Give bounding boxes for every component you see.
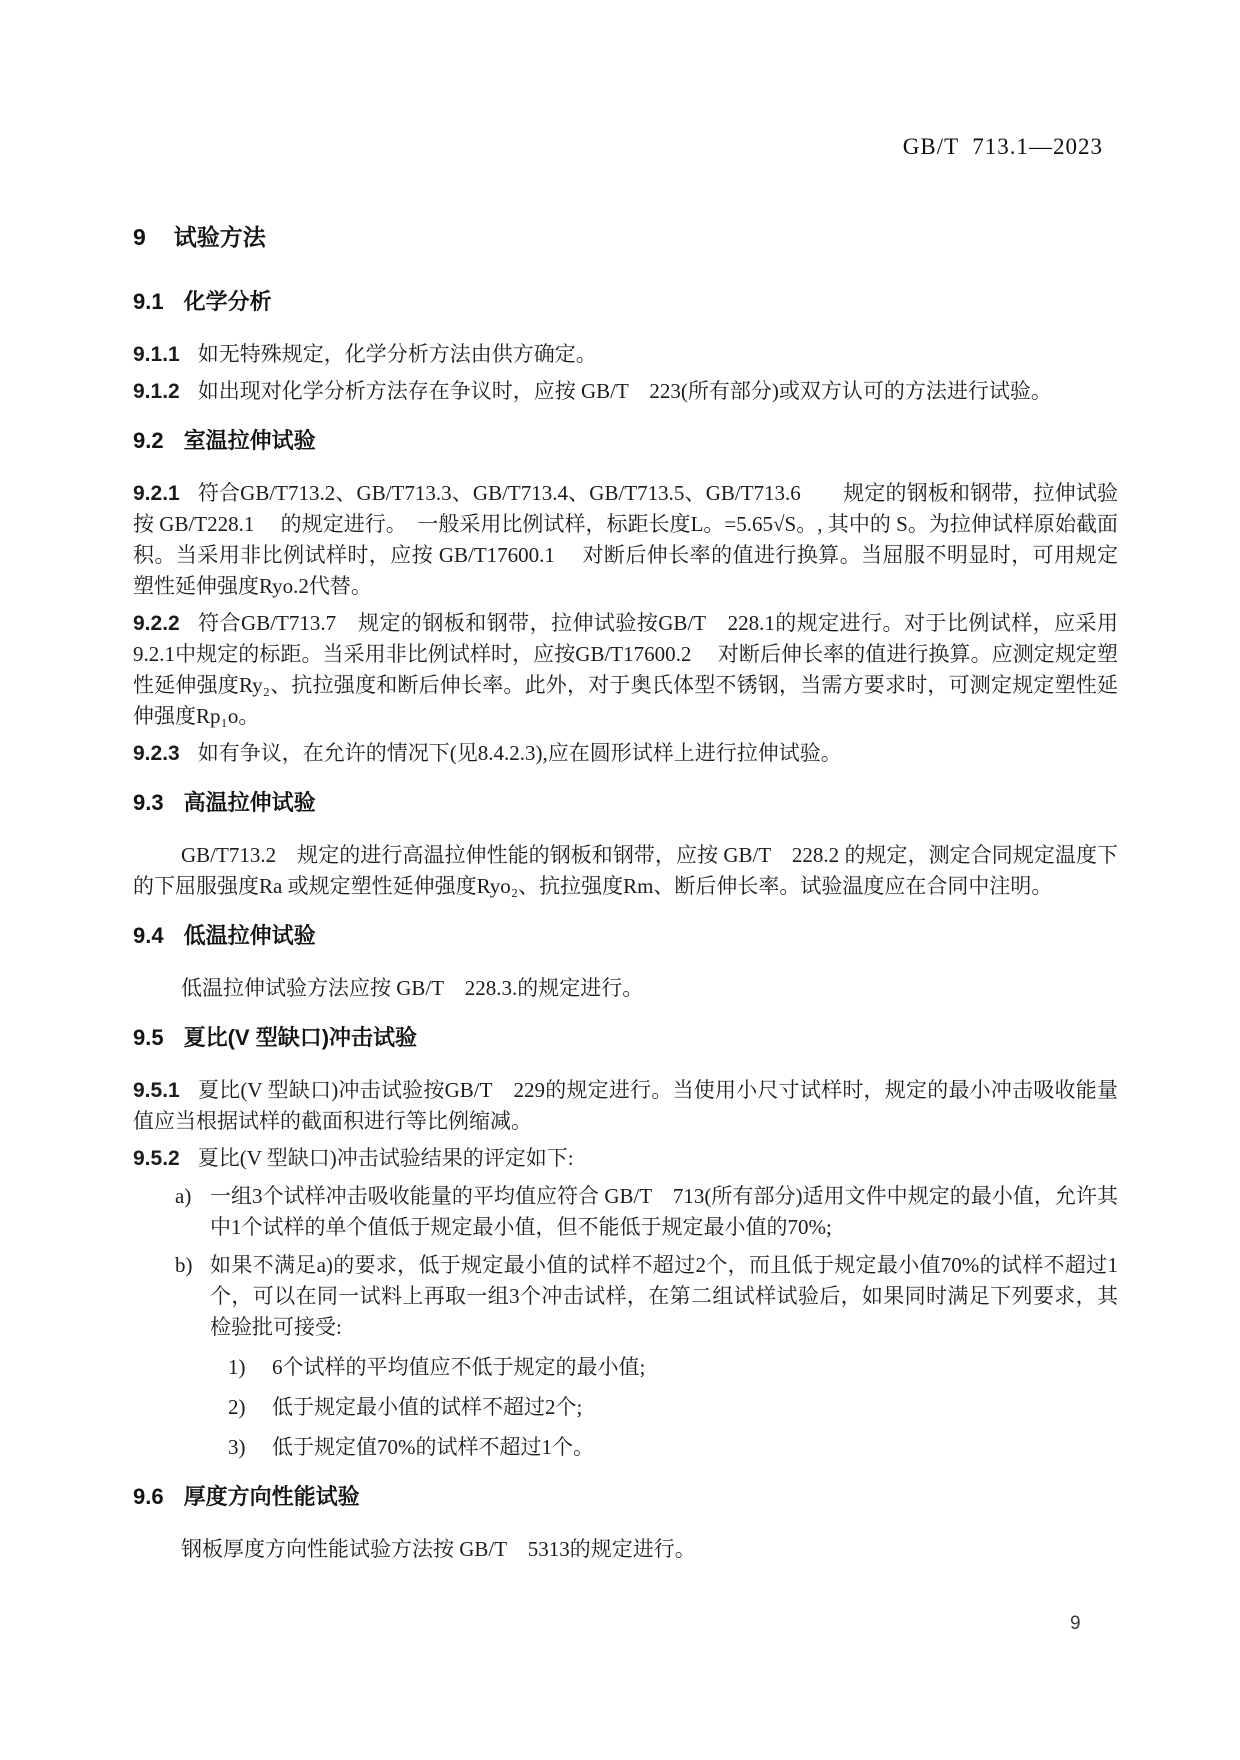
heading-number: 9.5 xyxy=(133,1024,164,1051)
doc-number: GB/T 713.1—2023 xyxy=(903,134,1103,160)
clause-number: 9.1.2 xyxy=(133,380,180,403)
sublist-item: 3)低于规定值70%的试样不超过1个。 xyxy=(133,1432,1118,1463)
clause-number: 9.5.2 xyxy=(133,1147,180,1170)
clause-paragraph: 9.2.1符合GB/T713.2、GB/T713.3、GB/T713.4、GB/… xyxy=(133,478,1118,602)
section-heading: 9.1化学分析 xyxy=(133,288,1118,315)
heading-title: 夏比(V 型缺口)冲击试验 xyxy=(184,1025,417,1050)
clause-paragraph: 9.5.1夏比(V 型缺口)冲击试验按GB/T 229的规定进行。当使用小尺寸试… xyxy=(133,1075,1118,1137)
section-heading: 9.5夏比(V 型缺口)冲击试验 xyxy=(133,1024,1118,1051)
heading-title: 化学分析 xyxy=(184,289,272,314)
heading-title: 高温拉伸试验 xyxy=(184,790,316,815)
heading-title: 厚度方向性能试验 xyxy=(184,1484,360,1509)
sublist-item: 1)6个试样的平均值应不低于规定的最小值; xyxy=(133,1352,1118,1383)
list-marker: a) xyxy=(175,1181,191,1212)
document-page: GB/T 713.1—2023 9试验方法9.1化学分析9.1.1如无特殊规定，… xyxy=(0,0,1240,1760)
list-marker: 3) xyxy=(228,1432,246,1463)
section-heading: 9.4低温拉伸试验 xyxy=(133,922,1118,949)
heading-number: 9.6 xyxy=(133,1483,164,1510)
heading-number: 9.3 xyxy=(133,789,164,816)
clause-paragraph: 9.2.2符合GB/T713.7 规定的钢板和钢带，拉伸试验按GB/T 228.… xyxy=(133,608,1118,732)
heading-title: 试验方法 xyxy=(174,224,266,250)
heading-number: 9.2 xyxy=(133,427,164,454)
paragraph-text: 低温拉伸试验方法应按 GB/T 228.3.的规定进行。 xyxy=(181,976,643,1000)
section-heading: 9.2室温拉伸试验 xyxy=(133,427,1118,454)
page-number: 9 xyxy=(1070,1613,1081,1635)
list-item: a)一组3个试样冲击吸收能量的平均值应符合 GB/T 713(所有部分)适用文件… xyxy=(133,1181,1118,1243)
clause-text: 如有争议，在允许的情况下(见8.4.2.3),应在圆形试样上进行拉伸试验。 xyxy=(198,741,842,765)
list-item-text: 低于规定值70%的试样不超过1个。 xyxy=(272,1435,594,1459)
list-item-text: 一组3个试样冲击吸收能量的平均值应符合 GB/T 713(所有部分)适用文件中规… xyxy=(210,1184,1118,1239)
list-item-text: 低于规定最小值的试样不超过2个; xyxy=(272,1395,582,1419)
heading-title: 室温拉伸试验 xyxy=(184,428,316,453)
list-item: b)如果不满足a)的要求，低于规定最小值的试样不超过2个，而且低于规定最小值70… xyxy=(133,1250,1118,1343)
clause-text: 夏比(V 型缺口)冲击试验结果的评定如下: xyxy=(198,1146,574,1170)
heading-number: 9.1 xyxy=(133,288,164,315)
clause-text: 夏比(V 型缺口)冲击试验按GB/T 229的规定进行。当使用小尺寸试样时，规定… xyxy=(133,1078,1118,1133)
clause-number: 9.2.2 xyxy=(133,612,180,635)
clause-text: 符合GB/T713.2、GB/T713.3、GB/T713.4、GB/T713.… xyxy=(133,481,1118,598)
list-marker: 1) xyxy=(228,1352,246,1383)
list-item-text: 如果不满足a)的要求，低于规定最小值的试样不超过2个，而且低于规定最小值70%的… xyxy=(210,1253,1118,1339)
clause-text: 如无特殊规定，化学分析方法由供方确定。 xyxy=(198,342,597,366)
clause-text: 符合GB/T713.7 规定的钢板和钢带，拉伸试验按GB/T 228.1的规定进… xyxy=(133,611,1118,728)
paragraph-text: GB/T713.2 规定的进行高温拉伸性能的钢板和钢带，应按 GB/T 228.… xyxy=(133,843,1118,898)
clause-number: 9.5.1 xyxy=(133,1079,180,1102)
clause-number: 9.1.1 xyxy=(133,343,180,366)
clause-number: 9.2.1 xyxy=(133,482,180,505)
section-heading: 9.3高温拉伸试验 xyxy=(133,789,1118,816)
chapter-heading: 9试验方法 xyxy=(133,222,1118,252)
doc-content: 9试验方法9.1化学分析9.1.1如无特殊规定，化学分析方法由供方确定。9.1.… xyxy=(133,222,1118,1573)
heading-number: 9 xyxy=(133,222,146,252)
clause-paragraph: 9.1.1如无特殊规定，化学分析方法由供方确定。 xyxy=(133,339,1118,370)
list-marker: 2) xyxy=(228,1392,246,1423)
clause-text: 如出现对化学分析方法存在争议时，应按 GB/T 223(所有部分)或双方认可的方… xyxy=(198,379,1052,403)
section-heading: 9.6厚度方向性能试验 xyxy=(133,1483,1118,1510)
heading-title: 低温拉伸试验 xyxy=(184,923,316,948)
clause-paragraph: 9.1.2如出现对化学分析方法存在争议时，应按 GB/T 223(所有部分)或双… xyxy=(133,376,1118,407)
paragraph-text: 钢板厚度方向性能试验方法按 GB/T 5313的规定进行。 xyxy=(181,1537,696,1561)
body-paragraph: GB/T713.2 规定的进行高温拉伸性能的钢板和钢带，应按 GB/T 228.… xyxy=(133,840,1118,902)
clause-number: 9.2.3 xyxy=(133,742,180,765)
list-marker: b) xyxy=(175,1250,193,1281)
body-paragraph: 钢板厚度方向性能试验方法按 GB/T 5313的规定进行。 xyxy=(133,1534,1118,1565)
list-item-text: 6个试样的平均值应不低于规定的最小值; xyxy=(272,1355,645,1379)
sublist-item: 2)低于规定最小值的试样不超过2个; xyxy=(133,1392,1118,1423)
clause-paragraph: 9.2.3如有争议，在允许的情况下(见8.4.2.3),应在圆形试样上进行拉伸试… xyxy=(133,738,1118,769)
body-paragraph: 低温拉伸试验方法应按 GB/T 228.3.的规定进行。 xyxy=(133,973,1118,1004)
heading-number: 9.4 xyxy=(133,922,164,949)
clause-paragraph: 9.5.2夏比(V 型缺口)冲击试验结果的评定如下: xyxy=(133,1143,1118,1174)
